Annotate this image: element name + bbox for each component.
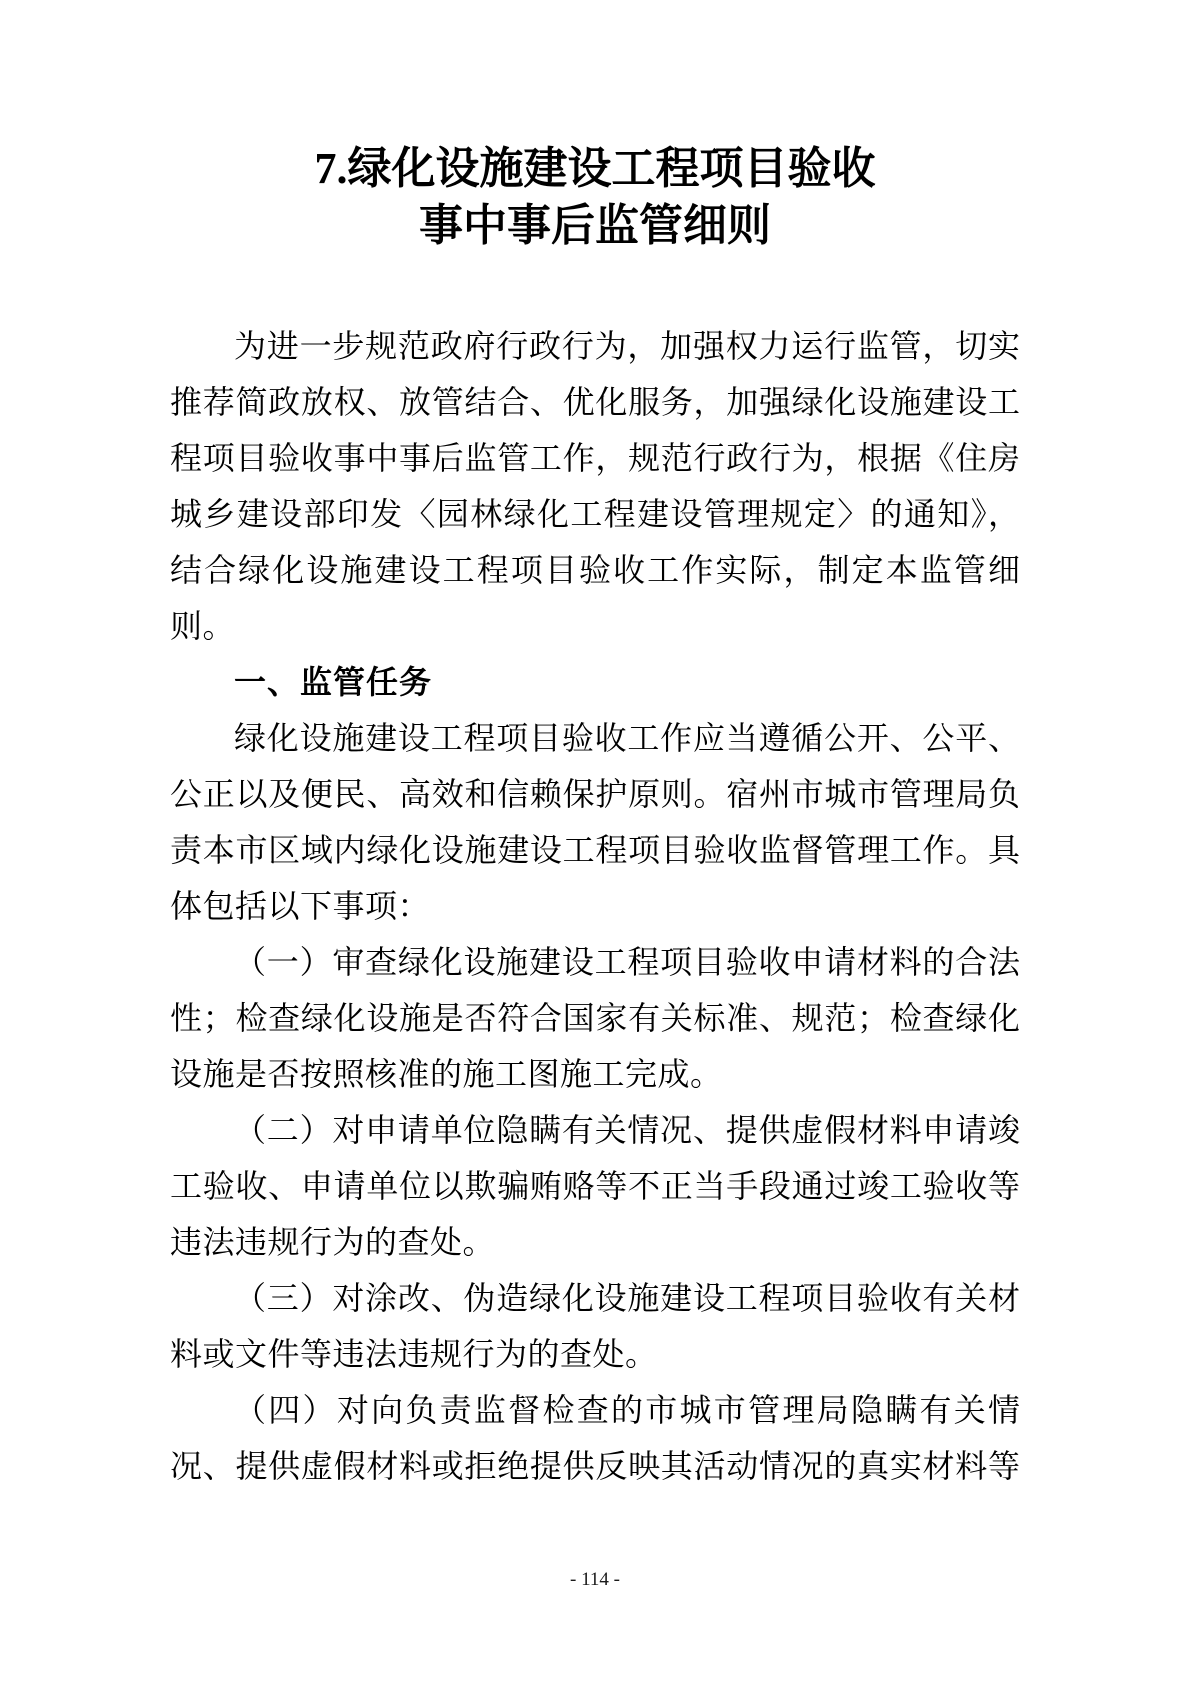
text-line: 绿化设施建设工程项目验收工作应当遵循公开、公平、 bbox=[170, 710, 1020, 766]
document-body: 为进一步规范政府行政行为，加强权力运行监管，切实 推荐简政放权、放管结合、优化服… bbox=[170, 318, 1020, 1494]
text-line: 责本市区域内绿化设施建设工程项目验收监督管理工作。具 bbox=[170, 822, 1020, 878]
title-line-2: 事中事后监管细则 bbox=[170, 197, 1020, 254]
text-line: （四）对向负责监督检查的市城市管理局隐瞒有关情 bbox=[170, 1382, 1020, 1438]
paragraph-intro: 为进一步规范政府行政行为，加强权力运行监管，切实 推荐简政放权、放管结合、优化服… bbox=[170, 318, 1020, 654]
text-line: 公正以及便民、高效和信赖保护原则。宿州市城市管理局负 bbox=[170, 766, 1020, 822]
text-line: 料或文件等违法违规行为的查处。 bbox=[170, 1326, 1020, 1382]
document-title: 7.绿化设施建设工程项目验收 事中事后监管细则 bbox=[170, 140, 1020, 254]
text-line: 结合绿化设施建设工程项目验收工作实际，制定本监管细 bbox=[170, 542, 1020, 598]
document-page: 7.绿化设施建设工程项目验收 事中事后监管细则 为进一步规范政府行政行为，加强权… bbox=[0, 0, 1190, 1683]
text-line: （二）对申请单位隐瞒有关情况、提供虚假材料申请竣 bbox=[170, 1102, 1020, 1158]
paragraph-tasks: 绿化设施建设工程项目验收工作应当遵循公开、公平、 公正以及便民、高效和信赖保护原… bbox=[170, 710, 1020, 934]
title-line-1: 7.绿化设施建设工程项目验收 bbox=[170, 140, 1020, 197]
page-number: - 114 - bbox=[0, 1568, 1190, 1592]
text-line: （一）审查绿化设施建设工程项目验收申请材料的合法 bbox=[170, 934, 1020, 990]
paragraph-item-1: （一）审查绿化设施建设工程项目验收申请材料的合法 性；检查绿化设施是否符合国家有… bbox=[170, 934, 1020, 1102]
text-line: 况、提供虚假材料或拒绝提供反映其活动情况的真实材料等 bbox=[170, 1438, 1020, 1494]
text-line: 程项目验收事中事后监管工作，规范行政行为，根据《住房 bbox=[170, 430, 1020, 486]
text-line: 为进一步规范政府行政行为，加强权力运行监管，切实 bbox=[170, 318, 1020, 374]
paragraph-item-4: （四）对向负责监督检查的市城市管理局隐瞒有关情 况、提供虚假材料或拒绝提供反映其… bbox=[170, 1382, 1020, 1494]
text-line: 城乡建设部印发〈园林绿化工程建设管理规定〉的通知》， bbox=[170, 486, 1020, 542]
text-line: 工验收、申请单位以欺骗贿赂等不正当手段通过竣工验收等 bbox=[170, 1158, 1020, 1214]
paragraph-item-3: （三）对涂改、伪造绿化设施建设工程项目验收有关材 料或文件等违法违规行为的查处。 bbox=[170, 1270, 1020, 1382]
text-line: （三）对涂改、伪造绿化设施建设工程项目验收有关材 bbox=[170, 1270, 1020, 1326]
section-heading-1: 一、监管任务 bbox=[170, 654, 1020, 710]
text-line: 体包括以下事项： bbox=[170, 878, 1020, 934]
text-line: 设施是否按照核准的施工图施工完成。 bbox=[170, 1046, 1020, 1102]
text-line: 则。 bbox=[170, 598, 1020, 654]
text-line: 性；检查绿化设施是否符合国家有关标准、规范；检查绿化 bbox=[170, 990, 1020, 1046]
paragraph-item-2: （二）对申请单位隐瞒有关情况、提供虚假材料申请竣 工验收、申请单位以欺骗贿赂等不… bbox=[170, 1102, 1020, 1270]
text-line: 推荐简政放权、放管结合、优化服务，加强绿化设施建设工 bbox=[170, 374, 1020, 430]
text-line: 违法违规行为的查处。 bbox=[170, 1214, 1020, 1270]
